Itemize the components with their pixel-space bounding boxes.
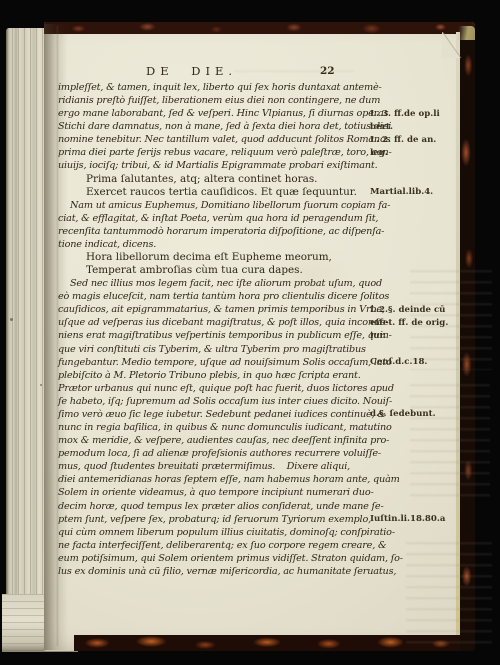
text-line-content: Nam ut amicus Euphemus, Domitiano libell…: [70, 200, 390, 211]
text-line: uſque ad veſperas ius dicebant magiſtrat…: [58, 316, 470, 329]
text-line: uiuijs, iociſq; tribui, & id Martialis E…: [58, 159, 470, 172]
text-line-content: ne facta interfeciſſent, deliberarentq; …: [58, 540, 386, 551]
text-line-content: ciat, & efflagitat, & inſtat Poeta, verù…: [58, 213, 378, 224]
text-line: prima diei parte ſerijs rebus vacare, re…: [58, 146, 470, 159]
text-line-content: Hora libellorum decima eſt Eupheme meoru…: [86, 251, 332, 263]
text-line-content: recenſita tantummodò horarum imperatoria…: [58, 226, 384, 237]
text-line: ridianis preſtò fuiſſet, liberationem ei…: [58, 94, 470, 107]
page-crease: [56, 26, 59, 646]
ink-speck: [40, 384, 42, 386]
margin-note: L. 2. ff. de an.: [370, 134, 436, 147]
text-line: Temperat ambroſias cùm tua cura dapes.: [58, 264, 470, 277]
text-line-content: nunc in regia baſilica, in quibus & nunc…: [58, 422, 392, 433]
text-line: diei antemeridianas horas ſeptem eſſe, n…: [58, 473, 470, 486]
text-line-content: decim horæ, quod tempus lex præter alios…: [58, 501, 384, 512]
text-line: lus ex dominis unà cū filio, vernæ miſer…: [58, 565, 470, 578]
text-line-content: nomine tenebitur. Nec tantillum valet, q…: [58, 134, 390, 145]
text-line-content: Sed nec illius mos legem facit, nec iſte…: [70, 278, 382, 289]
text-line-content: Exercet raucos tertia cauſidicos. Et quæ…: [86, 186, 357, 198]
margin-note: Martial.lib.4.: [370, 186, 433, 199]
text-line-content: fungebantur. Medio tempore, uſque ad nou…: [58, 357, 392, 368]
text-line: ciat, & efflagitat, & inſtat Poeta, verù…: [58, 212, 470, 225]
text-line-content: mox & meridie, & veſpere, audientes cauſ…: [58, 435, 389, 446]
page-corner-fold: [442, 32, 462, 58]
text-line: qui cùm omnem liberum populum illius ciu…: [58, 526, 470, 539]
marbled-top-edge: [44, 22, 475, 34]
text-line-content: uiuijs, iociſq; tribui, & id Martialis E…: [58, 160, 377, 171]
text-line-content: eò magis eluceſcit, nam tertia tantùm ho…: [58, 291, 389, 302]
margin-note: iur.: [370, 330, 386, 343]
text-line-content: pemodum loca, ſi ad alienæ profeſsionis …: [58, 448, 381, 459]
text-line-content: impleſſet, & tamen, inquit lex, liberto …: [58, 82, 382, 93]
text-block: DE DIE. 22 impleſſet, & tamen, inquit le…: [58, 64, 470, 578]
text-line-content: ptem ſunt, veſpere ſex, probaturq; id ſe…: [58, 514, 371, 525]
text-line-content: eum potiſsimum, qui Solem orientem primu…: [58, 553, 403, 564]
text-line-content: que viri conſtituti cis Tyberim, & ultra…: [58, 344, 366, 355]
text-line: eum potiſsimum, qui Solem orientem primu…: [58, 552, 470, 565]
text-line: recenſita tantummodò horarum imperatoria…: [58, 225, 470, 238]
text-line: ne facta interfeciſſent, deliberarentq; …: [58, 539, 470, 552]
margin-note: bert.: [370, 121, 393, 134]
text-line-content: Solem in oriente videamus, à quo tempore…: [58, 487, 374, 498]
text-block-lines: impleſſet, & tamen, inquit lex, liberto …: [58, 81, 470, 578]
text-line-content: ergo mane laborabant, ſed & veſperi. Hin…: [58, 108, 388, 119]
text-line-content: plebiſcito à M. Pletorio Tribuno plebis,…: [58, 370, 361, 381]
text-line-content: ridianis preſtò fuiſſet, liberationem ei…: [58, 95, 380, 106]
ink-speck: [10, 318, 13, 321]
margin-note: d.§. ſedebunt.: [370, 408, 436, 421]
running-title: DE DIE.: [146, 64, 237, 78]
text-line-content: tione indicat, dicens.: [58, 239, 156, 250]
text-line: Stichi dare damnatus, non à mane, ſed à …: [58, 120, 470, 133]
text-line-content: lus ex dominis unà cū filio, vernæ miſer…: [58, 566, 396, 577]
text-line: que viri conſtituti cis Tyberim, & ultra…: [58, 343, 470, 356]
text-line-content: niens erat magiſtratibus veſpertinis tem…: [58, 330, 392, 341]
margin-note: L.2.§. deinde cū: [370, 304, 445, 317]
text-line-content: ſimo verò æuo ſic lege iubetur. Sedebunt…: [58, 409, 386, 420]
text-line: ptem ſunt, veſpere ſex, probaturq; id ſe…: [58, 513, 470, 526]
page-number: 22: [320, 65, 335, 77]
text-line: decim horæ, quod tempus lex præter alios…: [58, 500, 470, 513]
text-line: nunc in regia baſilica, in quibus & nunc…: [58, 421, 470, 434]
text-line: Prætor urbanus qui nunc eſt, quique poſt…: [58, 382, 470, 395]
text-line-content: mus, quod ſtudentes breuitati prætermiſi…: [58, 461, 350, 472]
text-line-content: diei antemeridianas horas ſeptem eſſe, n…: [58, 474, 400, 485]
text-line: impleſſet, & tamen, inquit lex, liberto …: [58, 81, 470, 94]
text-line: Hora libellorum decima eſt Eupheme meoru…: [58, 251, 470, 264]
book-page: DE DIE. 22 impleſſet, & tamen, inquit le…: [44, 22, 475, 651]
text-line: Exercet raucos tertia cauſidicos. Et quæ…: [58, 186, 470, 199]
margin-note: leg.: [370, 147, 388, 160]
text-line: mox & meridie, & veſpere, audientes cauſ…: [58, 434, 470, 447]
text-line-content: Prætor urbanus qui nunc eſt, quique poſt…: [58, 383, 394, 394]
text-line: Nam ut amicus Euphemus, Domitiano libell…: [58, 199, 470, 212]
text-line: plebiſcito à M. Pletorio Tribuno plebis,…: [58, 369, 470, 382]
margin-note: eſſet. ff. de orig.: [370, 317, 448, 330]
text-line: nomine tenebitur. Nec tantillum valet, q…: [58, 133, 470, 146]
text-line-content: cauſidicos, ait epigrammatarius, & tamen…: [58, 304, 385, 315]
text-line-content: Prima ſalutantes, atq; altera continet h…: [86, 173, 317, 185]
text-line: Prima ſalutantes, atq; altera continet h…: [58, 173, 470, 186]
text-line: ergo mane laborabant, ſed & veſperi. Hin…: [58, 107, 470, 120]
margin-note: Iuſtin.li.18.80.a: [370, 513, 445, 526]
text-line: tione indicat, dicens.: [58, 238, 470, 251]
text-line-content: Stichi dare damnatus, non à mane, ſed à …: [58, 121, 391, 132]
text-line-content: Temperat ambroſias cùm tua cura dapes.: [86, 264, 303, 276]
marbled-bottom-edge: [74, 635, 460, 651]
text-line: pemodum loca, ſi ad alienæ profeſsionis …: [58, 447, 470, 460]
text-line: cauſidicos, ait epigrammatarius, & tamen…: [58, 303, 470, 316]
text-line: Sed nec illius mos legem facit, nec iſte…: [58, 277, 470, 290]
text-line: niens erat magiſtratibus veſpertinis tem…: [58, 329, 470, 342]
margin-note: Cenſ.d.c.18.: [370, 356, 427, 369]
text-line-content: prima diei parte ſerijs rebus vacare, re…: [58, 147, 392, 158]
text-line: Solem in oriente videamus, à quo tempore…: [58, 486, 470, 499]
text-line-content: uſque ad veſperas ius dicebant magiſtrat…: [58, 317, 389, 328]
margin-note: L. 3. ff.de op.li: [370, 108, 440, 121]
text-line-content: qui cùm omnem liberum populum illius ciu…: [58, 527, 395, 538]
page-header: DE DIE. 22: [58, 64, 470, 79]
text-line: eò magis eluceſcit, nam tertia tantùm ho…: [58, 290, 470, 303]
text-line-content: ſe habeto, iſq; ſupremum ad Solis occaſu…: [58, 396, 392, 407]
text-line: ſe habeto, iſq; ſupremum ad Solis occaſu…: [58, 395, 470, 408]
text-line: mus, quod ſtudentes breuitati prætermiſi…: [58, 460, 470, 473]
left-page-fore-edges: [6, 28, 44, 652]
text-line: ſimo verò æuo ſic lege iubetur. Sedebunt…: [58, 408, 470, 421]
text-line: fungebantur. Medio tempore, uſque ad nou…: [58, 356, 470, 369]
book-photograph: DE DIE. 22 impleſſet, & tamen, inquit le…: [0, 0, 500, 665]
